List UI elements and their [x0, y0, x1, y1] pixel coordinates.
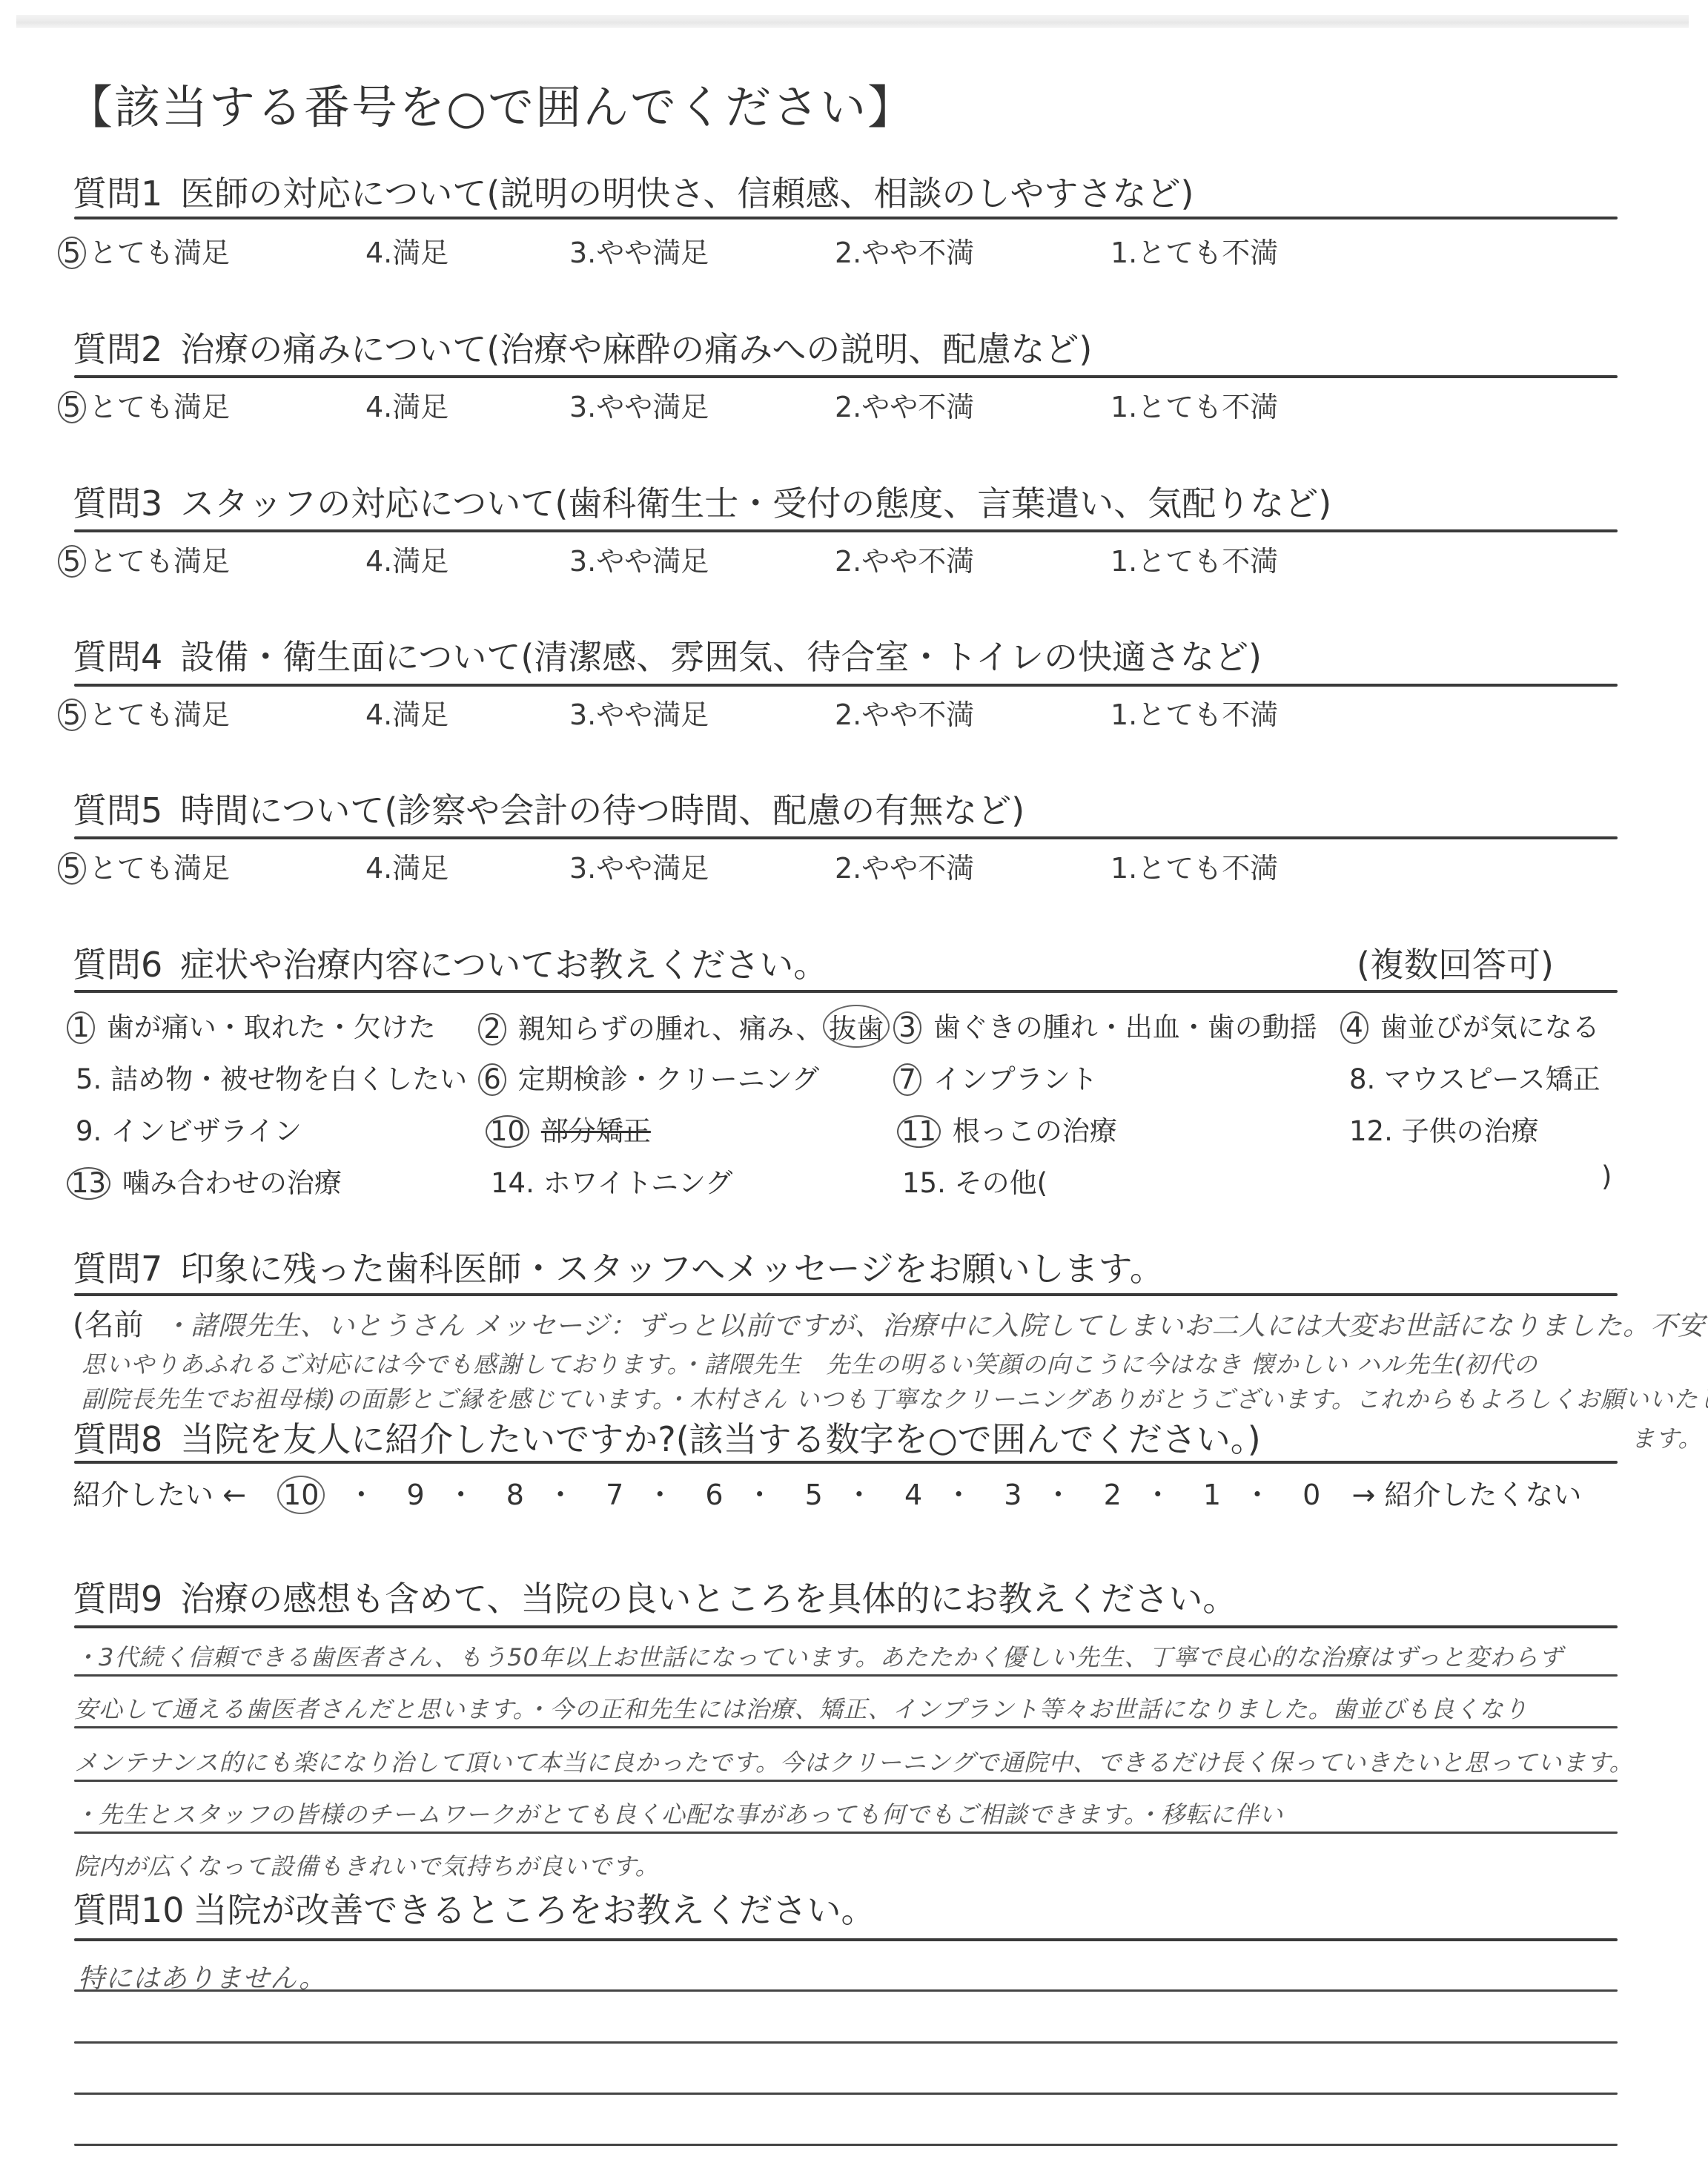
- q5-option-5[interactable]: 5とても満足: [58, 845, 230, 886]
- q2-option-2[interactable]: 2.やや不満: [835, 384, 974, 425]
- q9-writing-line-4: [74, 1832, 1618, 1834]
- question-5-rule: [74, 836, 1618, 839]
- q8-scale-7[interactable]: 7: [606, 1479, 623, 1511]
- question-10-rule: [74, 1938, 1618, 1941]
- q6-option-12[interactable]: 12. 子供の治療: [1349, 1109, 1539, 1149]
- q6-option-10[interactable]: 10 部分矯正: [486, 1109, 651, 1149]
- q4-option-5[interactable]: 5とても満足: [58, 692, 230, 733]
- q5-selected-circle: 5: [58, 852, 86, 885]
- question-6-heading: 質問6症状や治療内容についてお教えください。: [73, 938, 827, 987]
- q8-scale-9[interactable]: 9: [406, 1479, 424, 1511]
- q8-scale-1[interactable]: 1: [1203, 1479, 1221, 1511]
- question-10-text: 当院が改善できるところをお教えください。: [193, 1890, 875, 1930]
- q5-option-1[interactable]: 1.とても不満: [1110, 845, 1278, 886]
- q9-handwritten-line-5: 院内が広くなって設備もきれいで気持ちが良いです。: [74, 1848, 659, 1882]
- q3-option-2[interactable]: 2.やや不満: [835, 538, 974, 579]
- q6-option-8[interactable]: 8. マウスピース矯正: [1349, 1057, 1601, 1097]
- q7-handwritten-line-3: 副院長先生でお祖母様)の面影とご縁を感じています。・木村さん いつも丁寧なクリー…: [82, 1381, 1708, 1415]
- q8-scale-6[interactable]: 6: [705, 1479, 723, 1511]
- q8-scale-0[interactable]: 0: [1302, 1479, 1320, 1511]
- q1-option-2[interactable]: 2.やや不満: [835, 230, 974, 271]
- question-1-text: 医師の対応について(説明の明快さ、信頼感、相談のしやすさなど): [180, 174, 1194, 214]
- question-7-rule: [74, 1293, 1618, 1296]
- question-2-heading: 質問2治療の痛みについて(治療や麻酔の痛みへの説明、配慮など): [73, 323, 1092, 371]
- q2-option-5[interactable]: 5とても満足: [58, 384, 230, 425]
- q6-option-1[interactable]: 1 歯が痛い・取れた・欠けた: [67, 1005, 436, 1045]
- q6-option-4[interactable]: 4 歯並びが気になる: [1340, 1005, 1600, 1045]
- q5-option-4[interactable]: 4.満足: [365, 845, 448, 886]
- question-6-rule: [74, 990, 1618, 993]
- q8-right-label: → 紹介したくない: [1351, 1479, 1581, 1511]
- question-1-heading: 質問1医師の対応について(説明の明快さ、信頼感、相談のしやすさなど): [73, 167, 1194, 216]
- question-9-text: 治療の感想も含めて、当院の良いところを具体的にお教えください。: [180, 1579, 1237, 1619]
- question-2-text: 治療の痛みについて(治療や麻酔の痛みへの説明、配慮など): [180, 329, 1092, 369]
- q6-option-5[interactable]: 5. 詰め物・被せ物を白くしたい: [76, 1057, 467, 1097]
- question-3-heading: 質問3スタッフの対応について(歯科衛生士・受付の態度、言葉遣い、気配りなど): [73, 477, 1331, 526]
- question-4-rule: [74, 684, 1618, 687]
- question-5-heading: 質問5時間について(診察や会計の待つ時間、配慮の有無など): [73, 784, 1025, 833]
- q1-option-4[interactable]: 4.満足: [365, 230, 448, 271]
- question-10-heading: 質問10当院が改善できるところをお教えください。: [73, 1883, 875, 1932]
- q2-option-3[interactable]: 3.やや満足: [569, 384, 709, 425]
- question-3-rule: [74, 529, 1618, 532]
- q1-option-3[interactable]: 3.やや満足: [569, 230, 709, 271]
- q4-option-1[interactable]: 1.とても不満: [1110, 692, 1278, 733]
- q3-option-4[interactable]: 4.満足: [365, 538, 448, 579]
- q10-writing-line-3: [74, 2093, 1618, 2095]
- q1-option-5[interactable]: 5とても満足: [58, 230, 230, 271]
- q8-recommend-scale: 紹介したい ← 10・ 9・ 8・ 7・ 6・ 5・ 4・ 3・ 2・ 1・ 0…: [73, 1472, 1603, 1513]
- q10-writing-line-1: [74, 1989, 1618, 1992]
- q9-handwritten-line-2: 安心して通える歯医者さんだと思います。・今の正和先生には治療、矯正、インプラント…: [74, 1691, 1528, 1725]
- q4-option-3[interactable]: 3.やや満足: [569, 692, 709, 733]
- q9-handwritten-line-3: メンテナンス的にも楽になり治して頂いて本当に良かったです。今はクリーニングで通院…: [74, 1744, 1634, 1778]
- question-3-label: 質問3: [73, 483, 162, 524]
- q1-option-1[interactable]: 1.とても不満: [1110, 230, 1278, 271]
- q4-option-4[interactable]: 4.満足: [365, 692, 448, 733]
- q9-handwritten-line-4: ・先生とスタッフの皆様のチームワークがとても良く心配な事があっても何でもご相談で…: [74, 1796, 1283, 1830]
- q9-handwritten-line-1: ・3代続く信頼できる歯医者さん、もう50年以上お世話になっています。あたたかく優…: [74, 1639, 1563, 1673]
- question-9-heading: 質問9治療の感想も含めて、当院の良いところを具体的にお教えください。: [73, 1572, 1237, 1621]
- q1-selected-circle: 5: [58, 237, 86, 269]
- question-6-multiple-note: (複数回答可): [1357, 938, 1554, 987]
- q7-handwritten-line-4: ます。: [1631, 1420, 1702, 1454]
- q9-writing-line-1: [74, 1674, 1618, 1677]
- q2-option-1[interactable]: 1.とても不満: [1110, 384, 1278, 425]
- q6-option-11[interactable]: 11 根っこの治療: [897, 1109, 1117, 1149]
- q9-writing-line-2: [74, 1726, 1618, 1728]
- question-7-name-prefix: (名前: [73, 1301, 144, 1344]
- question-4-text: 設備・衛生面について(清潔感、雰囲気、待合室・トイレの快適さなど): [180, 637, 1262, 677]
- q6-option-2-extraction-circle: 抜歯: [823, 1005, 890, 1048]
- q6-option-15-close-paren: ): [1601, 1160, 1612, 1192]
- q8-left-label: 紹介したい ←: [73, 1479, 246, 1511]
- q7-handwritten-line-2: 思いやりあふれるご対応には今でも感謝しております。・諸隈先生 先生の明るい笑顔の…: [82, 1346, 1537, 1380]
- q6-option-3[interactable]: 3 歯ぐきの腫れ・出血・歯の動揺: [893, 1005, 1317, 1045]
- question-8-text: 当院を友人に紹介したいですか?(該当する数字を○で囲んでください。): [180, 1419, 1260, 1459]
- q6-option-2[interactable]: 2 親知らずの腫れ、痛み、抜歯: [478, 1005, 890, 1048]
- question-6-label: 質問6: [73, 945, 162, 985]
- q10-writing-line-4: [74, 2144, 1618, 2146]
- q2-selected-circle: 5: [58, 391, 86, 423]
- q10-writing-line-2: [74, 2041, 1618, 2044]
- question-6-text: 症状や治療内容についてお教えください。: [180, 945, 827, 985]
- q6-option-14[interactable]: 14. ホワイトニング: [491, 1160, 732, 1200]
- q6-option-10-struck-text: 部分矯正: [541, 1115, 651, 1147]
- q8-scale-10-selected[interactable]: 10: [277, 1476, 325, 1514]
- question-1-rule: [74, 217, 1618, 219]
- scan-top-edge: [16, 15, 1689, 28]
- q6-option-9[interactable]: 9. インビザライン: [76, 1109, 302, 1149]
- question-9-rule: [74, 1625, 1618, 1628]
- q8-scale-3[interactable]: 3: [1004, 1479, 1022, 1511]
- question-3-text: スタッフの対応について(歯科衛生士・受付の態度、言葉遣い、気配りなど): [180, 483, 1331, 524]
- question-8-label: 質問8: [73, 1419, 162, 1459]
- question-2-label: 質問2: [73, 329, 162, 369]
- q5-option-2[interactable]: 2.やや不満: [835, 845, 974, 886]
- q4-selected-circle: 5: [58, 698, 86, 731]
- q6-option-6[interactable]: 6 定期検診・クリーニング: [478, 1057, 819, 1097]
- question-5-text: 時間について(診察や会計の待つ時間、配慮の有無など): [180, 790, 1025, 830]
- question-6-options: 1 歯が痛い・取れた・欠けた 2 親知らずの腫れ、痛み、抜歯 3 歯ぐきの腫れ・…: [67, 1005, 1623, 1227]
- question-7-label: 質問7: [73, 1249, 162, 1289]
- q8-scale-4[interactable]: 4: [904, 1479, 922, 1511]
- q7-handwritten-line-1: ・諸隈先生、いとうさん メッセージ：ずっと以前ですが、治療中に入院してしまいお二…: [163, 1305, 1708, 1343]
- q8-scale-2[interactable]: 2: [1104, 1479, 1122, 1511]
- q6-option-7[interactable]: 7 インプラント: [893, 1057, 1098, 1097]
- question-8-heading: 質問8当院を友人に紹介したいですか?(該当する数字を○で囲んでください。): [73, 1413, 1261, 1462]
- question-4-heading: 質問4設備・衛生面について(清潔感、雰囲気、待合室・トイレの快適さなど): [73, 630, 1262, 679]
- q3-selected-circle: 5: [58, 545, 86, 578]
- question-10-label: 質問10: [73, 1890, 185, 1930]
- q9-writing-line-3: [74, 1780, 1618, 1782]
- form-title: 【該当する番号を○で囲んでください】: [67, 70, 915, 136]
- q4-option-2[interactable]: 2.やや不満: [835, 692, 974, 733]
- q3-option-3[interactable]: 3.やや満足: [569, 538, 709, 579]
- question-1-label: 質問1: [73, 174, 162, 214]
- question-7-text: 印象に残った歯科医師・スタッフへメッセージをお願いします。: [180, 1249, 1164, 1289]
- q5-option-3[interactable]: 3.やや満足: [569, 845, 709, 886]
- q6-option-15[interactable]: 15. その他(: [902, 1160, 1047, 1200]
- question-5-label: 質問5: [73, 790, 162, 830]
- q6-option-13[interactable]: 13 噛み合わせの治療: [67, 1160, 342, 1200]
- q8-scale-8[interactable]: 8: [506, 1479, 524, 1511]
- question-4-label: 質問4: [73, 637, 162, 677]
- q3-option-5[interactable]: 5とても満足: [58, 538, 230, 579]
- question-2-rule: [74, 375, 1618, 378]
- q8-scale-5[interactable]: 5: [805, 1479, 823, 1511]
- q3-option-1[interactable]: 1.とても不満: [1110, 538, 1278, 579]
- question-8-rule: [74, 1461, 1618, 1464]
- question-7-heading: 質問7印象に残った歯科医師・スタッフへメッセージをお願いします。: [73, 1242, 1164, 1291]
- q2-option-4[interactable]: 4.満足: [365, 384, 448, 425]
- question-9-label: 質問9: [73, 1579, 162, 1619]
